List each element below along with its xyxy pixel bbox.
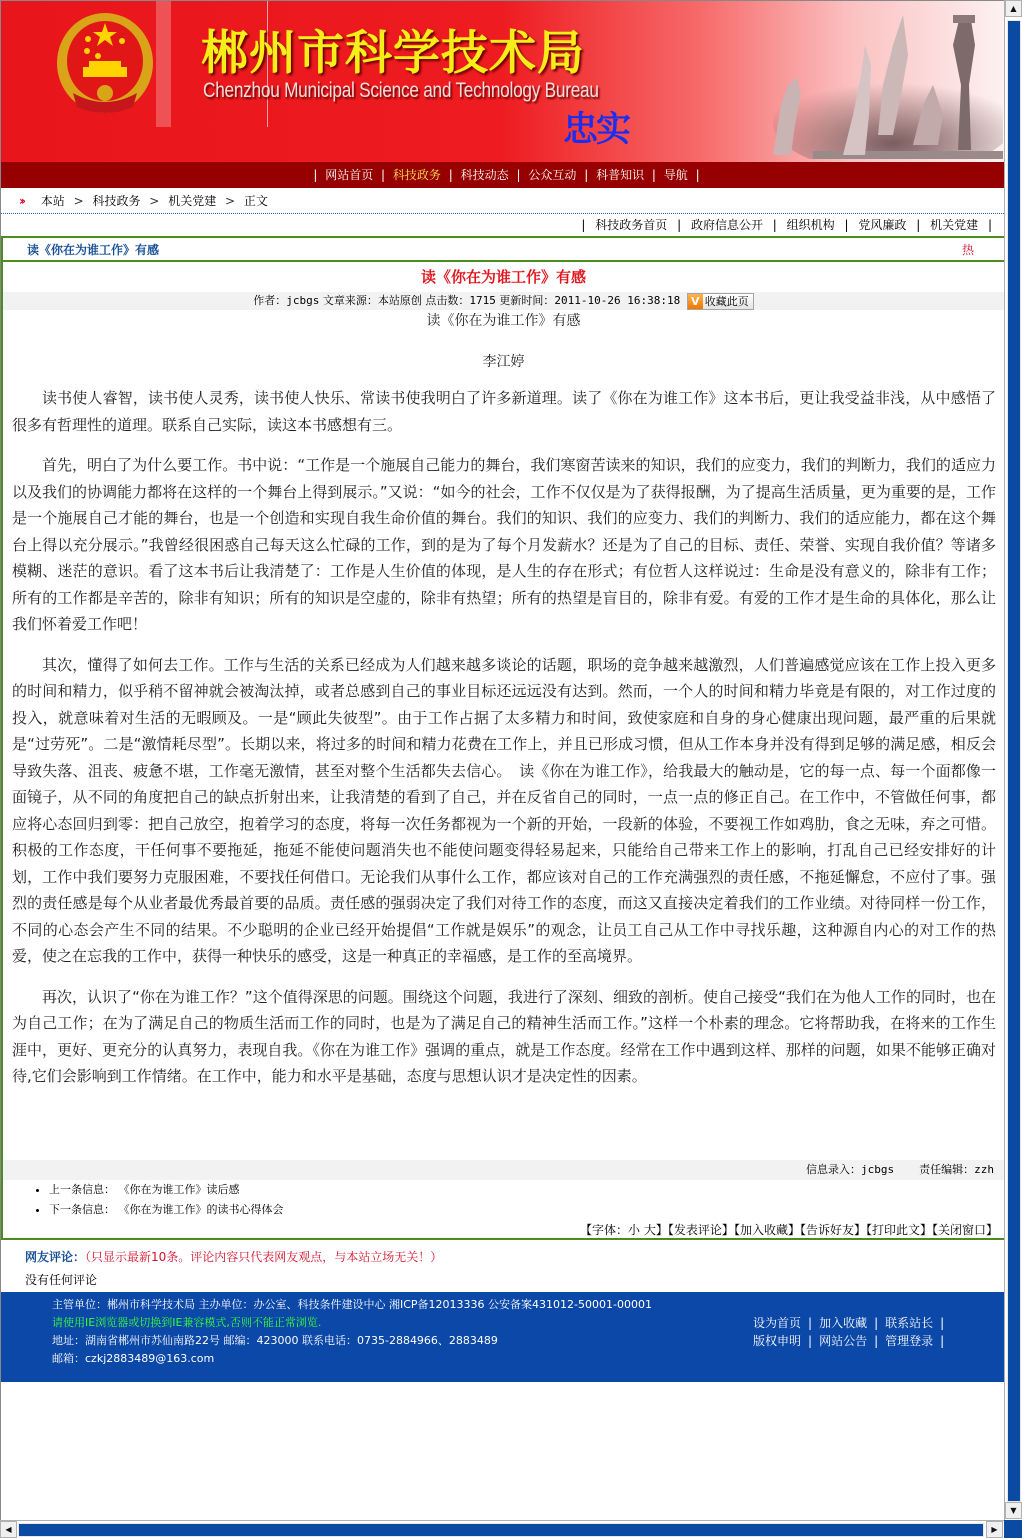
- nav-item-sci-news[interactable]: 科技动态: [461, 168, 509, 182]
- nav-separator: |: [449, 168, 453, 182]
- footer-email: 邮箱：czkj2883489@163.com: [52, 1350, 652, 1368]
- comments-section: 网友评论：（只显示最新10条。评论内容只代表网友观点，与本站立场无关！） 没有任…: [1, 1240, 1004, 1292]
- article-paragraph: 其次，懂得了如何去工作。工作与生活的关系已经成为人们越来越多谈论的话题，职场的竞…: [12, 652, 996, 970]
- nav-item-navigation[interactable]: 导航: [664, 168, 688, 182]
- page: 郴州市科学技术局 Chenzhou Municipal Science and …: [1, 1, 1004, 1382]
- font-size-bracket: 】: [656, 1223, 668, 1237]
- subnav-separator: |: [581, 218, 585, 232]
- nav-item-sci-affairs[interactable]: 科技政务: [393, 168, 441, 182]
- subnav-separator: |: [773, 218, 777, 232]
- article-container: 读《你在为谁工作》有感 热 读《你在为谁工作》有感 作者：jcbgs 文章来源：…: [1, 236, 1004, 1240]
- article-paragraph: 再次，认识了“你在为谁工作？”这个值得深思的问题。围绕这个问题，我进行了深刻、细…: [12, 984, 996, 1090]
- font-small-link[interactable]: 小: [628, 1223, 640, 1237]
- banner-stripe: [156, 1, 171, 127]
- hot-badge: 热: [962, 238, 974, 262]
- comments-label: 网友评论：: [25, 1250, 85, 1264]
- prev-next-links: 上一条信息： 《你在为谁工作》读后感 下一条信息： 《你在为谁工作》的读书心得体…: [3, 1180, 1004, 1220]
- nav-separator: |: [696, 168, 700, 182]
- next-label: 下一条信息：: [49, 1203, 115, 1216]
- breadcrumb-separator: >: [149, 194, 159, 208]
- entry-label: 信息录入：: [806, 1163, 861, 1176]
- subnav-item-integrity[interactable]: 党风廉政: [858, 218, 906, 232]
- font-large-link[interactable]: 大: [644, 1223, 656, 1237]
- subnav-item-info-disclosure[interactable]: 政府信息公开: [691, 218, 763, 232]
- breadcrumb-party-building[interactable]: 机关党建: [168, 194, 216, 208]
- subnav-separator: |: [916, 218, 920, 232]
- vertical-scroll-thumb[interactable]: [1007, 20, 1021, 1502]
- nav-separator: |: [652, 168, 656, 182]
- clicks-label: 点击数：: [425, 294, 469, 307]
- site-footer: 主管单位：郴州市科学技术局 主办单位：办公室、科技条件建设中心 湘ICP备120…: [1, 1292, 1004, 1382]
- article-tools: 【字体：小 大】【发表评论】【加入收藏】【告诉好友】【打印此文】【关闭窗口】: [3, 1220, 1004, 1240]
- nav-item-popular-science[interactable]: 科普知识: [596, 168, 644, 182]
- subnav-separator: |: [845, 218, 849, 232]
- horizontal-scrollbar[interactable]: ◀ ▶: [0, 1520, 1004, 1538]
- article-subtitle: 读《你在为谁工作》有感: [3, 311, 1004, 333]
- breadcrumb-sci-affairs[interactable]: 科技政务: [92, 194, 140, 208]
- close-window-link[interactable]: 【关闭窗口】: [932, 1223, 998, 1237]
- clicks-value: 1715: [469, 294, 496, 307]
- editor-value: zzh: [974, 1163, 994, 1176]
- scroll-up-arrow-icon[interactable]: ▲: [1005, 0, 1022, 17]
- author-label: 作者：: [253, 294, 286, 307]
- footer-links: 设为首页|加入收藏|联系站长| 版权申明|网站公告|管理登录|: [753, 1314, 951, 1350]
- footer-info: 主管单位：郴州市科学技术局 主办单位：办公室、科技条件建设中心 湘ICP备120…: [52, 1296, 652, 1368]
- scroll-right-arrow-icon[interactable]: ▶: [986, 1521, 1003, 1538]
- nav-separator: |: [584, 168, 588, 182]
- scroll-left-arrow-icon[interactable]: ◀: [0, 1521, 17, 1538]
- vertical-scrollbar[interactable]: ▲ ▼: [1004, 0, 1022, 1520]
- next-article: 下一条信息： 《你在为谁工作》的读书心得体会: [49, 1200, 1004, 1220]
- article-body: 读书使人睿智，读书使人灵秀，读书使人快乐、常读书使我明白了许多新道理。读了《你在…: [3, 385, 1004, 1090]
- breadcrumb: ›› 本站 > 科技政务 > 机关党建 > 正文: [1, 188, 1004, 214]
- prev-label: 上一条信息：: [49, 1183, 115, 1196]
- footer-browser-notice: 请使用IE浏览器或切换到IE兼容模式,否则不能正常浏览.: [52, 1314, 652, 1332]
- updated-label: 更新时间：: [499, 294, 554, 307]
- font-size-label: 【字体：: [580, 1223, 628, 1237]
- article-meta: 作者：jcbgs 文章来源：本站原创 点击数：1715 更新时间：2011-10…: [3, 292, 1004, 310]
- footer-address: 地址：湖南省郴州市苏仙南路22号 邮编：423000 联系电话：0735-288…: [52, 1332, 652, 1350]
- contact-webmaster-link[interactable]: 联系站长: [885, 1316, 933, 1330]
- subnav-item-party-building[interactable]: 机关党建: [930, 218, 978, 232]
- site-banner: 郴州市科学技术局 Chenzhou Municipal Science and …: [1, 1, 1004, 162]
- subnav-separator: |: [988, 218, 992, 232]
- subnav-item-affairs-home[interactable]: 科技政务首页: [595, 218, 667, 232]
- copyright-link[interactable]: 版权申明: [753, 1334, 801, 1348]
- source-label: 文章来源：: [323, 294, 378, 307]
- comments-disclaimer: （只显示最新10条。评论内容只代表网友观点，与本站立场无关！）: [85, 1250, 442, 1264]
- editor-label: 责任编辑：: [919, 1163, 974, 1176]
- nav-item-public-interaction[interactable]: 公众互动: [528, 168, 576, 182]
- article-paragraph: 首先，明白了为什么要工作。书中说：“工作是一个施展自己能力的舞台，我们寒窗苦读来…: [12, 452, 996, 638]
- source-value: 本站原创: [378, 294, 422, 307]
- breadcrumb-separator: >: [74, 194, 84, 208]
- article-byline: 李江婷: [3, 351, 1004, 373]
- statue-photo-icon: [753, 5, 1003, 159]
- article: 读《你在为谁工作》有感 作者：jcbgs 文章来源：本站原创 点击数：1715 …: [1, 262, 1004, 1240]
- national-emblem-icon: [53, 11, 157, 119]
- author-value: jcbgs: [286, 294, 319, 307]
- prev-article: 上一条信息： 《你在为谁工作》读后感: [49, 1180, 1004, 1200]
- print-article-link[interactable]: 【打印此文】: [866, 1223, 932, 1237]
- breadcrumb-home[interactable]: 本站: [41, 194, 65, 208]
- subnav-item-organization[interactable]: 组织机构: [787, 218, 835, 232]
- admin-login-link[interactable]: 管理登录: [885, 1334, 933, 1348]
- bookmark-page-label: 收藏此页: [705, 295, 749, 308]
- prev-article-link[interactable]: 《你在为谁工作》读后感: [119, 1183, 240, 1196]
- sub-nav: | 科技政务首页 | 政府信息公开 | 组织机构 | 党风廉政 | 机关党建 |: [1, 214, 1004, 236]
- next-article-link[interactable]: 《你在为谁工作》的读书心得体会: [119, 1203, 284, 1216]
- breadcrumb-separator: >: [225, 194, 235, 208]
- scroll-down-arrow-icon[interactable]: ▼: [1005, 1502, 1022, 1519]
- comments-empty: 没有任何评论: [25, 1271, 980, 1288]
- bookmark-page-button[interactable]: V收藏此页: [687, 293, 754, 310]
- tell-friend-link[interactable]: 【告诉好友】: [800, 1223, 866, 1237]
- slogan: 忠实: [563, 102, 629, 152]
- set-homepage-link[interactable]: 设为首页: [753, 1316, 801, 1330]
- browser-viewport: 郴州市科学技术局 Chenzhou Municipal Science and …: [0, 0, 1004, 1520]
- horizontal-scroll-thumb[interactable]: [18, 1523, 984, 1537]
- announcement-link[interactable]: 网站公告: [819, 1334, 867, 1348]
- nav-item-home[interactable]: 网站首页: [325, 168, 373, 182]
- subnav-separator: |: [677, 218, 681, 232]
- breadcrumb-current: 正文: [244, 194, 268, 208]
- entry-value: jcbgs: [861, 1163, 894, 1176]
- updated-value: 2011-10-26 16:38:18: [554, 294, 680, 307]
- main-nav: | 网站首页 | 科技政务 | 科技动态 | 公众互动 | 科普知识 | 导航 …: [1, 162, 1004, 188]
- article-paragraph: 读书使人睿智，读书使人灵秀，读书使人快乐、常读书使我明白了许多新道理。读了《你在…: [12, 385, 996, 438]
- v-logo-icon: V: [688, 294, 703, 309]
- article-header-title: 读《你在为谁工作》有感: [27, 243, 159, 257]
- nav-separator: |: [516, 168, 520, 182]
- nav-separator: |: [313, 168, 317, 182]
- article-header-bar: 读《你在为谁工作》有感 热: [1, 238, 1004, 262]
- double-chevron-icon: ››: [19, 194, 23, 208]
- article-title: 读《你在为谁工作》有感: [3, 262, 1004, 292]
- post-comment-link[interactable]: 【发表评论】: [668, 1223, 734, 1237]
- footer-sponsor: 主管单位：郴州市科学技术局 主办单位：办公室、科技条件建设中心 湘ICP备120…: [52, 1296, 652, 1314]
- editor-info: 信息录入：jcbgs 责任编辑：zzh: [3, 1160, 1004, 1180]
- site-title-english: Chenzhou Municipal Science and Technolog…: [203, 79, 599, 103]
- scrollbar-corner: [1004, 1520, 1022, 1538]
- nav-separator: |: [381, 168, 385, 182]
- site-title: 郴州市科学技术局: [201, 16, 585, 83]
- add-favorite-footer-link[interactable]: 加入收藏: [819, 1316, 867, 1330]
- add-favorite-link[interactable]: 【加入收藏】: [734, 1223, 800, 1237]
